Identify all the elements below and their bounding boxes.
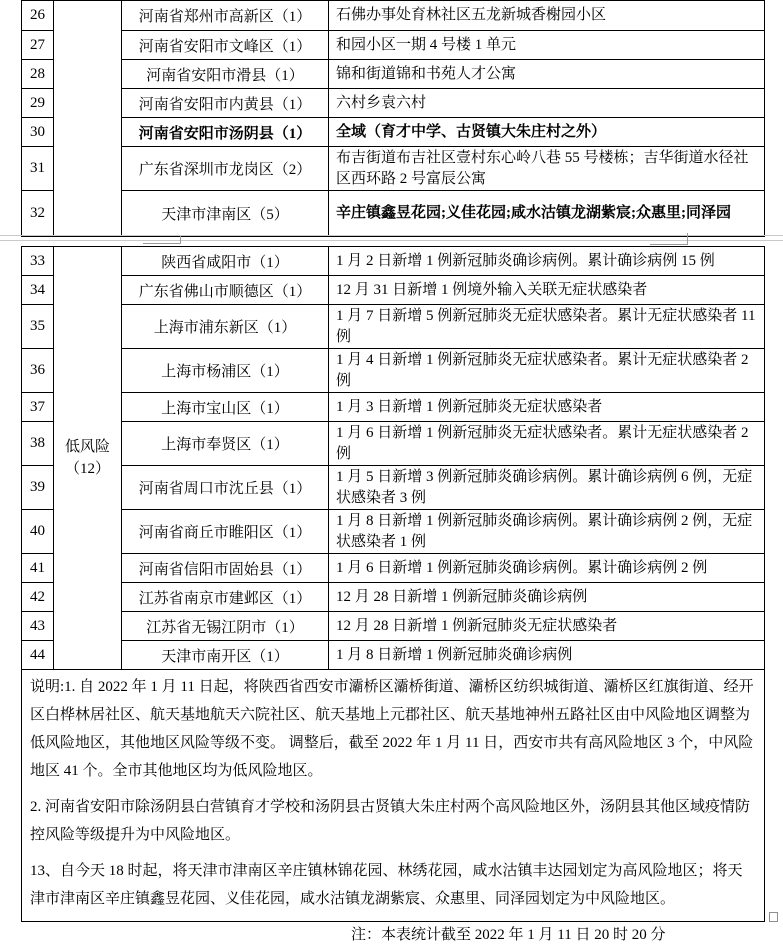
detail-cell: 1 月 8 日新增 1 例新冠肺炎确诊病例 — [329, 641, 765, 670]
row-number: 39 — [22, 466, 54, 510]
table-row: 30 河南省安阳市汤阴县（1） 全域（育才中学、古贤镇大朱庄村之外） — [22, 118, 765, 147]
table-row: 43 江苏省无锡江阴市（1） 12 月 28 日新增 1 例新冠肺炎无症状感染者 — [22, 612, 765, 641]
region-cell: 河南省安阳市文峰区（1） — [122, 31, 329, 60]
table-row: 41 河南省信阳市固始县（1） 1 月 6 日新增 1 例新冠肺炎确诊病例。累计… — [22, 554, 765, 583]
region-cell: 天津市津南区（5） — [122, 191, 329, 237]
table-row: 44 天津市南开区（1） 1 月 8 日新增 1 例新冠肺炎确诊病例 — [22, 641, 765, 670]
notes-cell: 说明:1. 自 2022 年 1 月 11 日起，将陕西省西安市灞桥区灞桥街道、… — [22, 670, 765, 922]
region-cell: 江苏省南京市建邺区（1） — [122, 583, 329, 612]
table-row: 40 河南省商丘市睢阳区（1） 1 月 8 日新增 1 例新冠肺炎确诊病例。累计… — [22, 510, 765, 554]
detail-cell: 布吉街道布吉社区壹村东心岭八巷 55 号楼栋；吉华街道水径社区西环路 2 号富辰… — [329, 147, 765, 191]
detail-cell: 12 月 31 日新增 1 例境外输入关联无症状感染者 — [329, 276, 765, 305]
row-number: 37 — [22, 393, 54, 422]
table-row: 32 天津市津南区（5） 辛庄镇鑫昱花园;义佳花园;咸水沽镇龙湖紫宸;众惠里;同… — [22, 191, 765, 237]
table-row: 27 河南省安阳市文峰区（1） 和园小区一期 4 号楼 1 单元 — [22, 31, 765, 60]
detail-cell: 1 月 2 日新增 1 例新冠肺炎确诊病例。累计确诊病例 15 例 — [329, 247, 765, 276]
region-cell: 河南省商丘市睢阳区（1） — [122, 510, 329, 554]
table-row: 26 河南省郑州市高新区（1） 石佛办事处育林社区五龙新城香榭园小区 — [22, 1, 765, 31]
region-cell: 天津市南开区（1） — [122, 641, 329, 670]
detail-cell: 和园小区一期 4 号楼 1 单元 — [329, 31, 765, 60]
note-paragraph-2: 2. 河南省安阳市除汤阴县白营镇育才学校和汤阴县古贤镇大朱庄村两个高风险地区外，… — [30, 793, 756, 849]
detail-cell: 锦和街道锦和书苑人才公寓 — [329, 60, 765, 89]
paragraph-mark-box — [769, 912, 778, 922]
region-cell: 江苏省无锡江阴市（1） — [122, 612, 329, 641]
table-resize-mark — [650, 233, 688, 245]
table-row: 39 河南省周口市沈丘县（1） 1 月 5 日新增 3 例新冠肺炎确诊病例。累计… — [22, 466, 765, 510]
region-cell: 陕西省咸阳市（1） — [122, 247, 329, 276]
table-row: 28 河南省安阳市滑县（1） 锦和街道锦和书苑人才公寓 — [22, 60, 765, 89]
category-count: （12） — [65, 461, 110, 477]
row-number: 34 — [22, 276, 54, 305]
row-number: 32 — [22, 191, 54, 237]
table-row: 34 广东省佛山市顺德区（1） 12 月 31 日新增 1 例境外输入关联无症状… — [22, 276, 765, 305]
category-label: 低风险 — [65, 439, 110, 455]
detail-cell: 1 月 3 日新增 1 例新冠肺炎无症状感染者 — [329, 393, 765, 422]
table-row: 33 低风险 （12） 陕西省咸阳市（1） 1 月 2 日新增 1 例新冠肺炎确… — [22, 247, 765, 276]
detail-cell: 12 月 28 日新增 1 例新冠肺炎确诊病例 — [329, 583, 765, 612]
detail-cell: 石佛办事处育林社区五龙新城香榭园小区 — [329, 1, 765, 31]
detail-cell: 1 月 5 日新增 3 例新冠肺炎确诊病例。累计确诊病例 6 例，无症状感染者 … — [329, 466, 765, 510]
table-row: 29 河南省安阳市内黄县（1） 六村乡袁六村 — [22, 89, 765, 118]
row-number: 42 — [22, 583, 54, 612]
region-cell: 河南省信阳市固始县（1） — [122, 554, 329, 583]
table-row: 37 上海市宝山区（1） 1 月 3 日新增 1 例新冠肺炎无症状感染者 — [22, 393, 765, 422]
row-number: 35 — [22, 305, 54, 349]
region-cell: 河南省安阳市汤阴县（1） — [122, 118, 329, 147]
category-cell: 低风险 （12） — [54, 247, 122, 670]
region-cell: 河南省郑州市高新区（1） — [122, 1, 329, 31]
detail-cell: 全域（育才中学、古贤镇大朱庄村之外） — [329, 118, 765, 147]
note-paragraph-3: 13、自今天 18 时起，将天津市津南区辛庄镇林锦花园、林绣花园，咸水沽镇丰达园… — [30, 857, 756, 913]
region-cell: 河南省安阳市内黄县（1） — [122, 89, 329, 118]
category-cell — [54, 1, 122, 237]
row-number: 38 — [22, 422, 54, 466]
detail-cell: 1 月 4 日新增 1 例新冠肺炎无症状感染者。累计无症状感染者 2 例 — [329, 349, 765, 393]
risk-table-page2: 33 低风险 （12） 陕西省咸阳市（1） 1 月 2 日新增 1 例新冠肺炎确… — [21, 246, 765, 922]
detail-cell: 辛庄镇鑫昱花园;义佳花园;咸水沽镇龙湖紫宸;众惠里;同泽园 — [329, 191, 765, 237]
region-cell: 广东省佛山市顺德区（1） — [122, 276, 329, 305]
region-cell: 河南省安阳市滑县（1） — [122, 60, 329, 89]
row-number: 28 — [22, 60, 54, 89]
footer-note: 注：本表统计截至 2022 年 1 月 11 日 20 时 20 分 — [351, 923, 665, 944]
row-number: 26 — [22, 1, 54, 31]
region-cell: 河南省周口市沈丘县（1） — [122, 466, 329, 510]
row-number: 33 — [22, 247, 54, 276]
detail-cell: 六村乡袁六村 — [329, 89, 765, 118]
row-number: 40 — [22, 510, 54, 554]
row-number: 43 — [22, 612, 54, 641]
table-row: 36 上海市杨浦区（1） 1 月 4 日新增 1 例新冠肺炎无症状感染者。累计无… — [22, 349, 765, 393]
row-number: 44 — [22, 641, 54, 670]
document-page: 26 河南省郑州市高新区（1） 石佛办事处育林社区五龙新城香榭园小区 27 河南… — [0, 0, 783, 952]
detail-cell: 1 月 8 日新增 1 例新冠肺炎确诊病例。累计确诊病例 2 例，无症状感染者 … — [329, 510, 765, 554]
table-row: 42 江苏省南京市建邺区（1） 12 月 28 日新增 1 例新冠肺炎确诊病例 — [22, 583, 765, 612]
detail-cell: 1 月 7 日新增 5 例新冠肺炎无症状感染者。累计无症状感染者 11 例 — [329, 305, 765, 349]
note-paragraph-1: 说明:1. 自 2022 年 1 月 11 日起，将陕西省西安市灞桥区灞桥街道、… — [30, 673, 756, 785]
notes-row: 说明:1. 自 2022 年 1 月 11 日起，将陕西省西安市灞桥区灞桥街道、… — [22, 670, 765, 922]
table-resize-mark — [143, 236, 181, 244]
detail-cell: 1 月 6 日新增 1 例新冠肺炎确诊病例。累计确诊病例 2 例 — [329, 554, 765, 583]
region-cell: 上海市杨浦区（1） — [122, 349, 329, 393]
risk-table-page1: 26 河南省郑州市高新区（1） 石佛办事处育林社区五龙新城香榭园小区 27 河南… — [21, 0, 765, 237]
table-row: 35 上海市浦东新区（1） 1 月 7 日新增 5 例新冠肺炎无症状感染者。累计… — [22, 305, 765, 349]
table-row: 31 广东省深圳市龙岗区（2） 布吉街道布吉社区壹村东心岭八巷 55 号楼栋；吉… — [22, 147, 765, 191]
detail-cell: 12 月 28 日新增 1 例新冠肺炎无症状感染者 — [329, 612, 765, 641]
region-cell: 上海市奉贤区（1） — [122, 422, 329, 466]
row-number: 27 — [22, 31, 54, 60]
row-number: 31 — [22, 147, 54, 191]
region-cell: 广东省深圳市龙岗区（2） — [122, 147, 329, 191]
row-number: 36 — [22, 349, 54, 393]
region-cell: 上海市浦东新区（1） — [122, 305, 329, 349]
row-number: 30 — [22, 118, 54, 147]
table-row: 38 上海市奉贤区（1） 1 月 6 日新增 1 例新冠肺炎无症状感染者。累计无… — [22, 422, 765, 466]
row-number: 41 — [22, 554, 54, 583]
detail-cell: 1 月 6 日新增 1 例新冠肺炎无症状感染者。累计无症状感染者 2 例 — [329, 422, 765, 466]
row-number: 29 — [22, 89, 54, 118]
region-cell: 上海市宝山区（1） — [122, 393, 329, 422]
